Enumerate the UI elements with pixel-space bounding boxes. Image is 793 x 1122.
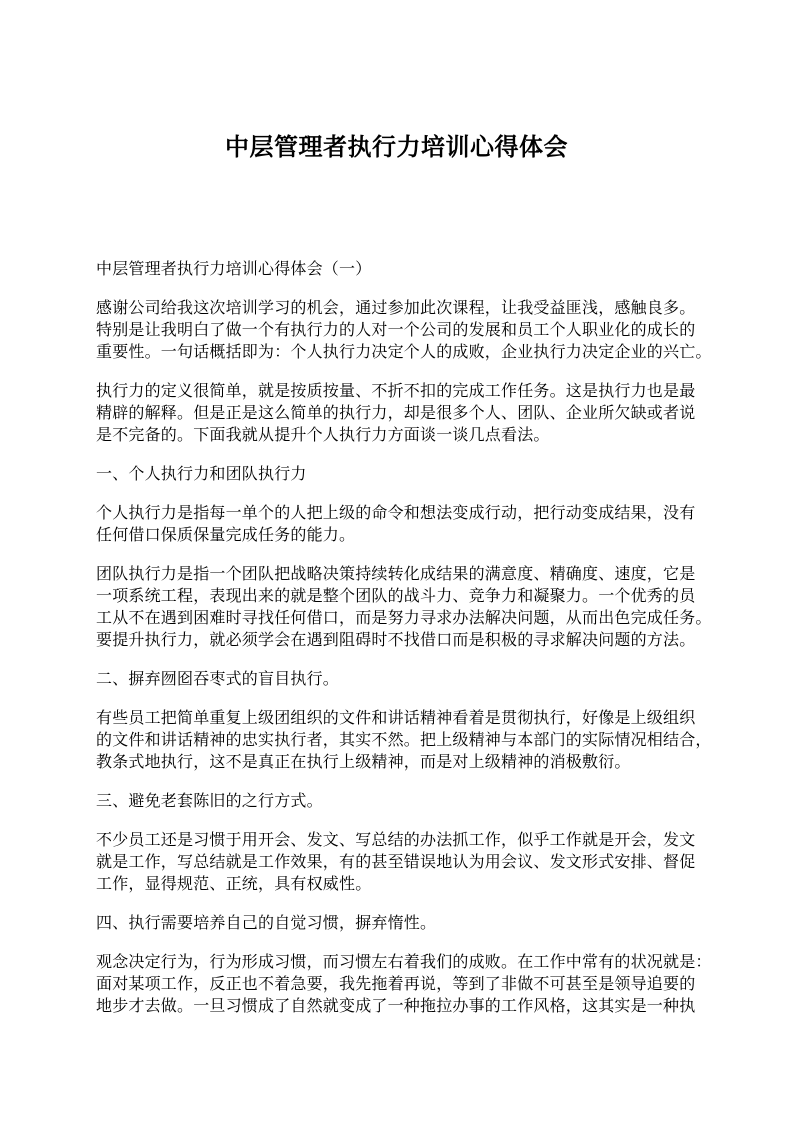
text-line: 是不完备的。下面我就从提升个人执行力方面谈一谈几点看法。	[96, 425, 703, 447]
paragraph-block: 个人执行力是指每一单个的人把上级的命令和想法变成行动，把行动变成结果，没有任何借…	[96, 503, 703, 547]
text-line: 一、个人执行力和团队执行力	[96, 464, 703, 486]
text-line: 有些员工把简单重复上级团组织的文件和讲话精神看着是贯彻执行，好像是上级组织	[96, 708, 703, 730]
paragraph-block: 感谢公司给我这次培训学习的机会，通过参加此次课程，让我受益匪浅，感触良多。特别是…	[96, 298, 703, 364]
text-line: 二、摒弃囫囵吞枣式的盲目执行。	[96, 669, 703, 691]
paragraph-block: 团队执行力是指一个团队把战略决策持续转化成结果的满意度、精确度、速度，它是一项系…	[96, 564, 703, 652]
document-page: 中层管理者执行力培训心得体会 中层管理者执行力培训心得体会（一）感谢公司给我这次…	[0, 0, 793, 1122]
heading-block: 二、摒弃囫囵吞枣式的盲目执行。	[96, 669, 703, 691]
text-line: 任何借口保质保量完成任务的能力。	[96, 525, 703, 547]
paragraph-block: 不少员工还是习惯于用开会、发文、写总结的办法抓工作，似乎工作就是开会，发文就是工…	[96, 830, 703, 896]
paragraph-block: 有些员工把简单重复上级团组织的文件和讲话精神看着是贯彻执行，好像是上级组织的文件…	[96, 708, 703, 774]
text-line: 要提升执行力，就必须学会在遇到阻碍时不找借口而是积极的寻求解决问题的方法。	[96, 630, 703, 652]
text-line: 四、执行需要培养自己的自觉习惯，摒弃惰性。	[96, 913, 703, 935]
text-line: 面对某项工作，反正也不着急要，我先拖着再说，等到了非做不可甚至是领导追要的	[96, 974, 703, 996]
text-line: 感谢公司给我这次培训学习的机会，通过参加此次课程，让我受益匪浅，感触良多。	[96, 298, 703, 320]
text-line: 特别是让我明白了做一个有执行力的人对一个公司的发展和员工个人职业化的成长的	[96, 320, 703, 342]
text-line: 的文件和讲话精神的忠实执行者，其实不然。把上级精神与本部门的实际情况相结合，	[96, 730, 703, 752]
subtitle-block: 中层管理者执行力培训心得体会（一）	[96, 259, 703, 281]
text-line: 教条式地执行，这不是真正在执行上级精神，而是对上级精神的消极敷衍。	[96, 752, 703, 774]
text-line: 就是工作，写总结就是工作效果，有的甚至错误地认为用会议、发文形式安排、督促	[96, 852, 703, 874]
paragraph-block: 执行力的定义很简单，就是按质按量、不折不扣的完成工作任务。这是执行力也是最精辟的…	[96, 381, 703, 447]
heading-block: 四、执行需要培养自己的自觉习惯，摒弃惰性。	[96, 913, 703, 935]
text-line: 工从不在遇到困难时寻找任何借口，而是努力寻求办法解决问题，从而出色完成任务。	[96, 608, 703, 630]
document-body: 中层管理者执行力培训心得体会（一）感谢公司给我这次培训学习的机会，通过参加此次课…	[96, 259, 703, 1018]
text-line: 地步才去做。一旦习惯成了自然就变成了一种拖拉办事的工作风格，这其实是一种执	[96, 996, 703, 1018]
text-line: 执行力的定义很简单，就是按质按量、不折不扣的完成工作任务。这是执行力也是最	[96, 381, 703, 403]
text-line: 观念决定行为，行为形成习惯，而习惯左右着我们的成败。在工作中常有的状况就是：	[96, 952, 703, 974]
text-line: 中层管理者执行力培训心得体会（一）	[96, 259, 703, 281]
document-title: 中层管理者执行力培训心得体会	[0, 130, 793, 164]
text-line: 一项系统工程，表现出来的就是整个团队的战斗力、竞争力和凝聚力。一个优秀的员	[96, 586, 703, 608]
heading-block: 三、避免老套陈旧的之行方式。	[96, 791, 703, 813]
text-line: 不少员工还是习惯于用开会、发文、写总结的办法抓工作，似乎工作就是开会，发文	[96, 830, 703, 852]
text-line: 三、避免老套陈旧的之行方式。	[96, 791, 703, 813]
heading-block: 一、个人执行力和团队执行力	[96, 464, 703, 486]
text-line: 个人执行力是指每一单个的人把上级的命令和想法变成行动，把行动变成结果，没有	[96, 503, 703, 525]
text-line: 重要性。一句话概括即为：个人执行力决定个人的成败，企业执行力决定企业的兴亡。	[96, 342, 703, 364]
text-line: 工作，显得规范、正统，具有权威性。	[96, 874, 703, 896]
paragraph-block: 观念决定行为，行为形成习惯，而习惯左右着我们的成败。在工作中常有的状况就是：面对…	[96, 952, 703, 1018]
text-line: 团队执行力是指一个团队把战略决策持续转化成结果的满意度、精确度、速度，它是	[96, 564, 703, 586]
text-line: 精辟的解释。但是正是这么简单的执行力，却是很多个人、团队、企业所欠缺或者说	[96, 403, 703, 425]
